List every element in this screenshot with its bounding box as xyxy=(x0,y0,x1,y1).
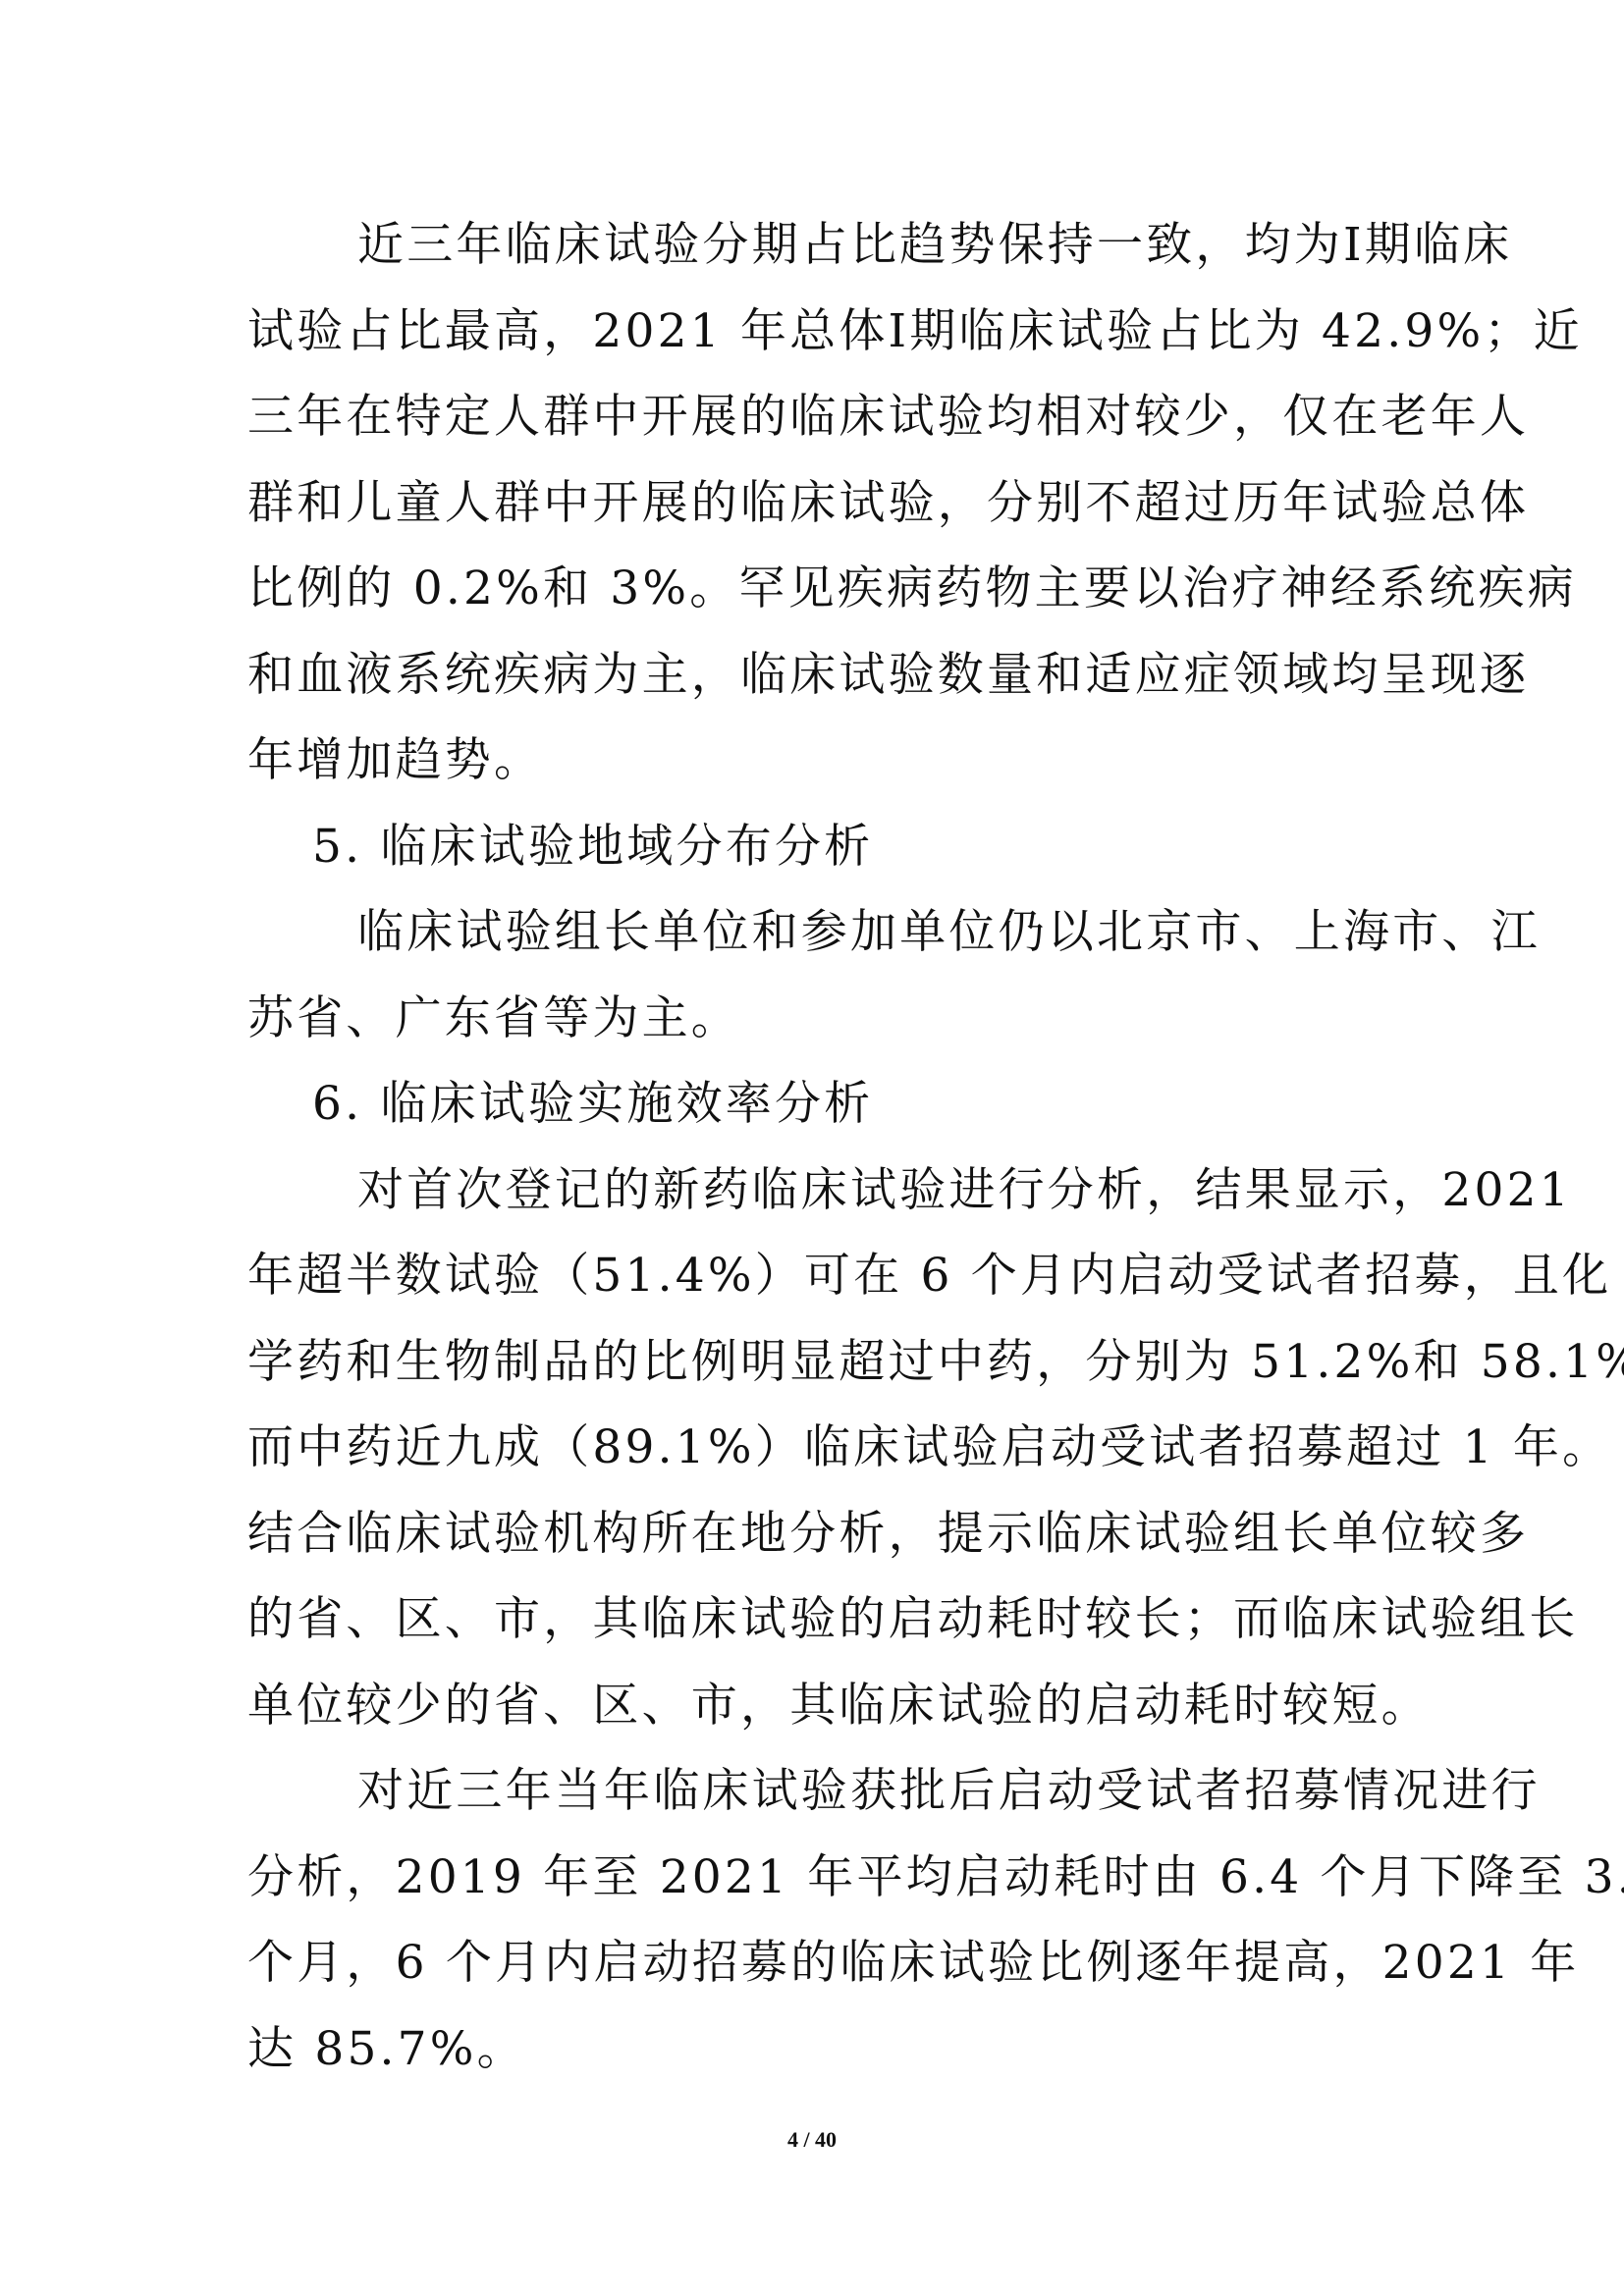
section-heading-regional-distribution: 5. 临床试验地域分布分析 xyxy=(247,804,1390,890)
text-line: 学药和生物制品的比例明显超过中药，分别为 51.2%和 58.1%， xyxy=(247,1319,1390,1406)
text-line: 三年在特定人群中开展的临床试验均相对较少，仅在老年人 xyxy=(247,374,1390,460)
section-heading-efficiency: 6. 临床试验实施效率分析 xyxy=(247,1061,1390,1148)
page-number: 4 / 40 xyxy=(0,2127,1624,2153)
heading-text: 5. 临床试验地域分布分析 xyxy=(247,804,1390,890)
text-line: 结合临床试验机构所在地分析，提示临床试验组长单位较多 xyxy=(247,1491,1390,1577)
text-line: 对首次登记的新药临床试验进行分析，结果显示，2021 xyxy=(247,1148,1390,1234)
paragraph-recruitment-start-time: 对近三年当年临床试验获批后启动受试者招募情况进行 分析，2019 年至 2021… xyxy=(247,1748,1390,2092)
text-line: 近三年临床试验分期占比趋势保持一致，均为Ⅰ期临床 xyxy=(247,202,1390,289)
text-line: 个月，6 个月内启动招募的临床试验比例逐年提高，2021 年 xyxy=(247,1920,1390,2006)
text-line: 群和儿童人群中开展的临床试验，分别不超过历年试验总体 xyxy=(247,460,1390,547)
text-line: 试验占比最高，2021 年总体Ⅰ期临床试验占比为 42.9%；近 xyxy=(247,289,1390,375)
heading-text: 6. 临床试验实施效率分析 xyxy=(247,1061,1390,1148)
paragraph-phase-distribution: 近三年临床试验分期占比趋势保持一致，均为Ⅰ期临床 试验占比最高，2021 年总体… xyxy=(247,202,1390,804)
text-line: 而中药近九成（89.1%）临床试验启动受试者招募超过 1 年。 xyxy=(247,1405,1390,1491)
text-line: 的省、区、市，其临床试验的启动耗时较长；而临床试验组长 xyxy=(247,1576,1390,1663)
text-line: 临床试验组长单位和参加单位仍以北京市、上海市、江 xyxy=(247,889,1390,976)
text-line: 对近三年当年临床试验获批后启动受试者招募情况进行 xyxy=(247,1748,1390,1835)
page-content: 近三年临床试验分期占比趋势保持一致，均为Ⅰ期临床 试验占比最高，2021 年总体… xyxy=(247,202,1390,2092)
text-line: 单位较少的省、区、市，其临床试验的启动耗时较短。 xyxy=(247,1663,1390,1749)
text-line: 达 85.7%。 xyxy=(247,2006,1390,2093)
text-line: 和血液系统疾病为主，临床试验数量和适应症领域均呈现逐 xyxy=(247,632,1390,719)
paragraph-first-registration-analysis: 对首次登记的新药临床试验进行分析，结果显示，2021 年超半数试验（51.4%）… xyxy=(247,1148,1390,1749)
paragraph-regional-distribution: 临床试验组长单位和参加单位仍以北京市、上海市、江 苏省、广东省等为主。 xyxy=(247,889,1390,1061)
text-line: 分析，2019 年至 2021 年平均启动耗时由 6.4 个月下降至 3.8 xyxy=(247,1835,1390,1921)
text-line: 比例的 0.2%和 3%。罕见疾病药物主要以治疗神经系统疾病 xyxy=(247,546,1390,632)
document-page: 近三年临床试验分期占比趋势保持一致，均为Ⅰ期临床 试验占比最高，2021 年总体… xyxy=(0,0,1624,2296)
text-line: 年超半数试验（51.4%）可在 6 个月内启动受试者招募，且化 xyxy=(247,1233,1390,1319)
text-line: 苏省、广东省等为主。 xyxy=(247,976,1390,1062)
text-line: 年增加趋势。 xyxy=(247,718,1390,804)
